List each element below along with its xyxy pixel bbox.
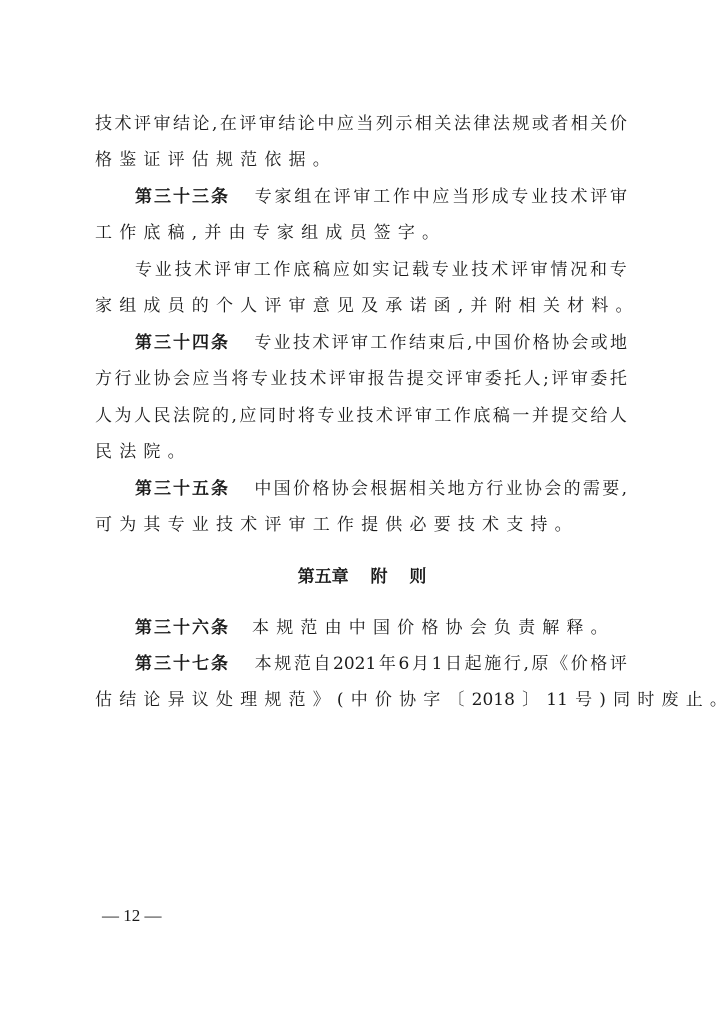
text-line: 人为人民法院的,应同时将专业技术评审工作底稿一并提交给人 xyxy=(95,404,627,428)
article-number: 第三十七条 xyxy=(135,652,230,676)
chapter-word-1: 附 xyxy=(371,567,388,587)
article-line: 第三十五条中国价格协会根据相关地方行业协会的需要, xyxy=(135,477,627,501)
chapter-heading: 第五章 附 则 xyxy=(0,565,724,589)
article-line: 第三十七条本规范自2021年6月1日起施行,原《价格评 xyxy=(135,652,627,676)
text-line: 可为其专业技术评审工作提供必要技术支持。 xyxy=(95,513,627,537)
article-number: 第三十六条 xyxy=(135,616,230,640)
text-line: 技术评审结论,在评审结论中应当列示相关法律法规或者相关价 xyxy=(95,112,627,136)
page-number: — 12 — xyxy=(102,904,162,928)
article-number: 第三十三条 xyxy=(135,185,230,209)
text-line: 格鉴证评估规范依据。 xyxy=(95,148,627,172)
text-line: 专业技术评审工作底稿应如实记载专业技术评审情况和专 xyxy=(135,258,627,282)
text-line: 估结论异议处理规范》(中价协字〔2018〕11号)同时废止。 xyxy=(95,688,627,712)
article-number: 第三十五条 xyxy=(135,477,230,501)
article-line: 第三十三条专家组在评审工作中应当形成专业技术评审 xyxy=(135,185,627,209)
text-line: 工作底稿,并由专家组成员签字。 xyxy=(95,221,627,245)
document-page: 第五章 附 则 — 12 — 技术评审结论,在评审结论中应当列示相关法律法规或者… xyxy=(0,0,724,1024)
text-line: 民法院。 xyxy=(95,440,627,464)
article-line: 第三十四条专业技术评审工作结束后,中国价格协会或地 xyxy=(135,331,627,355)
article-line: 第三十六条本规范由中国价格协会负责解释。 xyxy=(135,616,627,640)
article-number: 第三十四条 xyxy=(135,331,230,355)
text-line: 家组成员的个人评审意见及承诺函,并附相关材料。 xyxy=(95,294,627,318)
chapter-word-2: 则 xyxy=(409,567,426,587)
text-line: 方行业协会应当将专业技术评审报告提交评审委托人;评审委托 xyxy=(95,367,627,391)
chapter-number: 第五章 xyxy=(298,567,349,587)
